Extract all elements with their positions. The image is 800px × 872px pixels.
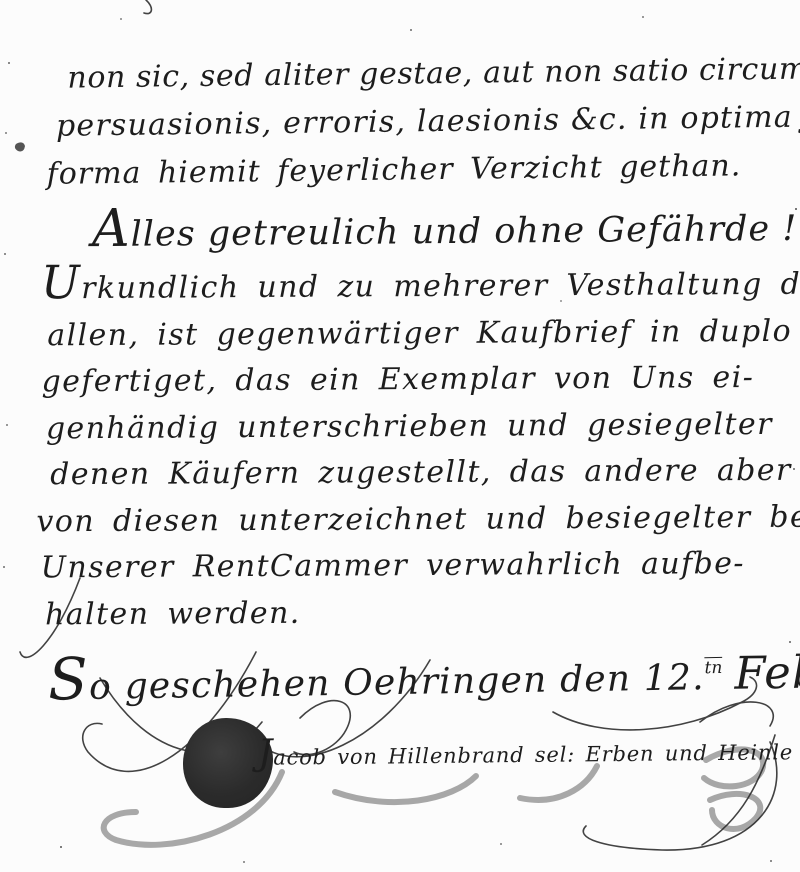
handwritten-line: halten werden. (45, 587, 800, 638)
dateline: So geschehen Oehringen den 12.tnFebr. 17… (48, 630, 800, 713)
document-page: non sic, sed aliter gestae, aut non sati… (0, 0, 800, 872)
signature: Jacob von Hillenbrand sel: Erben und Hei… (258, 733, 793, 773)
flourish-top-stray (144, 0, 151, 14)
flourish-paraph-top-loop (700, 702, 773, 726)
closing-paragraph: Urkundlich und zu mehrerer Vesthaltung d… (35, 255, 800, 639)
handwritten-line: von diesen unterzeichnet und besiegelter… (36, 494, 800, 545)
flourish-signature-underline-1 (335, 776, 476, 802)
margin-ink-blot (15, 142, 25, 151)
handwritten-line: Unserer RentCammer verwahrlich aufbe- (41, 541, 800, 592)
flourish-paraph-blob-2 (710, 794, 760, 829)
handwritten-line: denen Käufern zugestellt, das andere abe… (50, 448, 800, 499)
handwritten-line: allen, ist gegenwärtiger Kaufbrief in du… (47, 308, 800, 359)
handwritten-line: genhändig unterschrieben und gesiegelter (46, 401, 800, 452)
dateline-ordinal: tn (704, 658, 722, 678)
handwritten-line: Urkundlich und zu mehrerer Vesthaltung d… (41, 255, 800, 313)
flourish-signature-underline-2 (520, 766, 597, 800)
scan-noise (0, 0, 2, 2)
handwritten-line: gefertiget, das ein Exemplar von Uns ei- (41, 355, 800, 406)
affirmation-line: Alles getreulich und ohne Gefährde ! (92, 193, 798, 259)
dateline-month-year: Febr. 1784. (734, 642, 800, 699)
dateline-prefix: So geschehen Oehringen den 12. (48, 657, 705, 708)
body-paragraph: non sic, sed aliter gestae, aut non sati… (51, 45, 800, 199)
handwritten-line: forma hiemit feyerlicher Verzicht gethan… (46, 141, 800, 199)
